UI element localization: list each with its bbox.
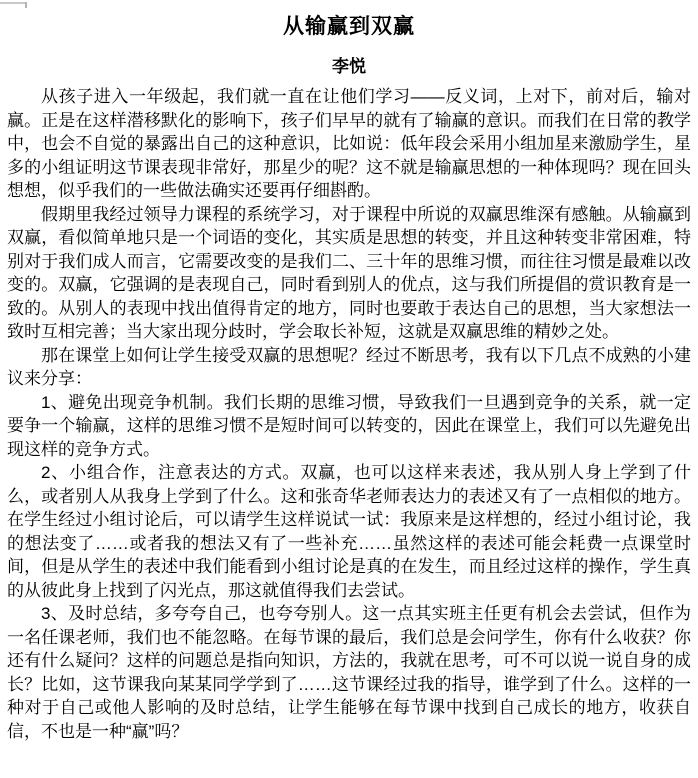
table-edge-artifact: [0, 2, 27, 4]
author-name: 李悦: [0, 56, 698, 78]
paragraph-suggestion-2: 2、小组合作，注意表达的方式。双赢，也可以这样来表述，我从别人身上学到了什么，或…: [7, 461, 691, 602]
paragraph-question: 那在课堂上如何让学生接受双赢的思想呢？经过不断思考，我有以下几点不成熟的小建议来…: [7, 344, 691, 391]
paragraph-course-reflection: 假期里我经过领导力课程的系统学习，对于课程中所说的双赢思维深有感触。从输赢到双赢…: [7, 203, 691, 344]
paragraph-intro: 从孩子进入一年级起，我们就一直在让他们学习——反义词，上对下，前对后，输对赢。正…: [7, 85, 691, 203]
table-edge-tick: [25, 2, 27, 8]
document-title: 从输赢到双赢: [0, 14, 698, 40]
document-body: 从孩子进入一年级起，我们就一直在让他们学习——反义词，上对下，前对后，输对赢。正…: [0, 85, 698, 743]
document-page: 从输赢到双赢 李悦 从孩子进入一年级起，我们就一直在让他们学习——反义词，上对下…: [0, 0, 698, 778]
paragraph-suggestion-1: 1、避免出现竞争机制。我们长期的思维习惯，导致我们一旦遇到竞争的关系，就一定要争…: [7, 391, 691, 462]
paragraph-suggestion-3: 3、及时总结，多夸夸自己，也夸夸别人。这一点其实班主任更有机会去尝试，但作为一名…: [7, 602, 691, 743]
